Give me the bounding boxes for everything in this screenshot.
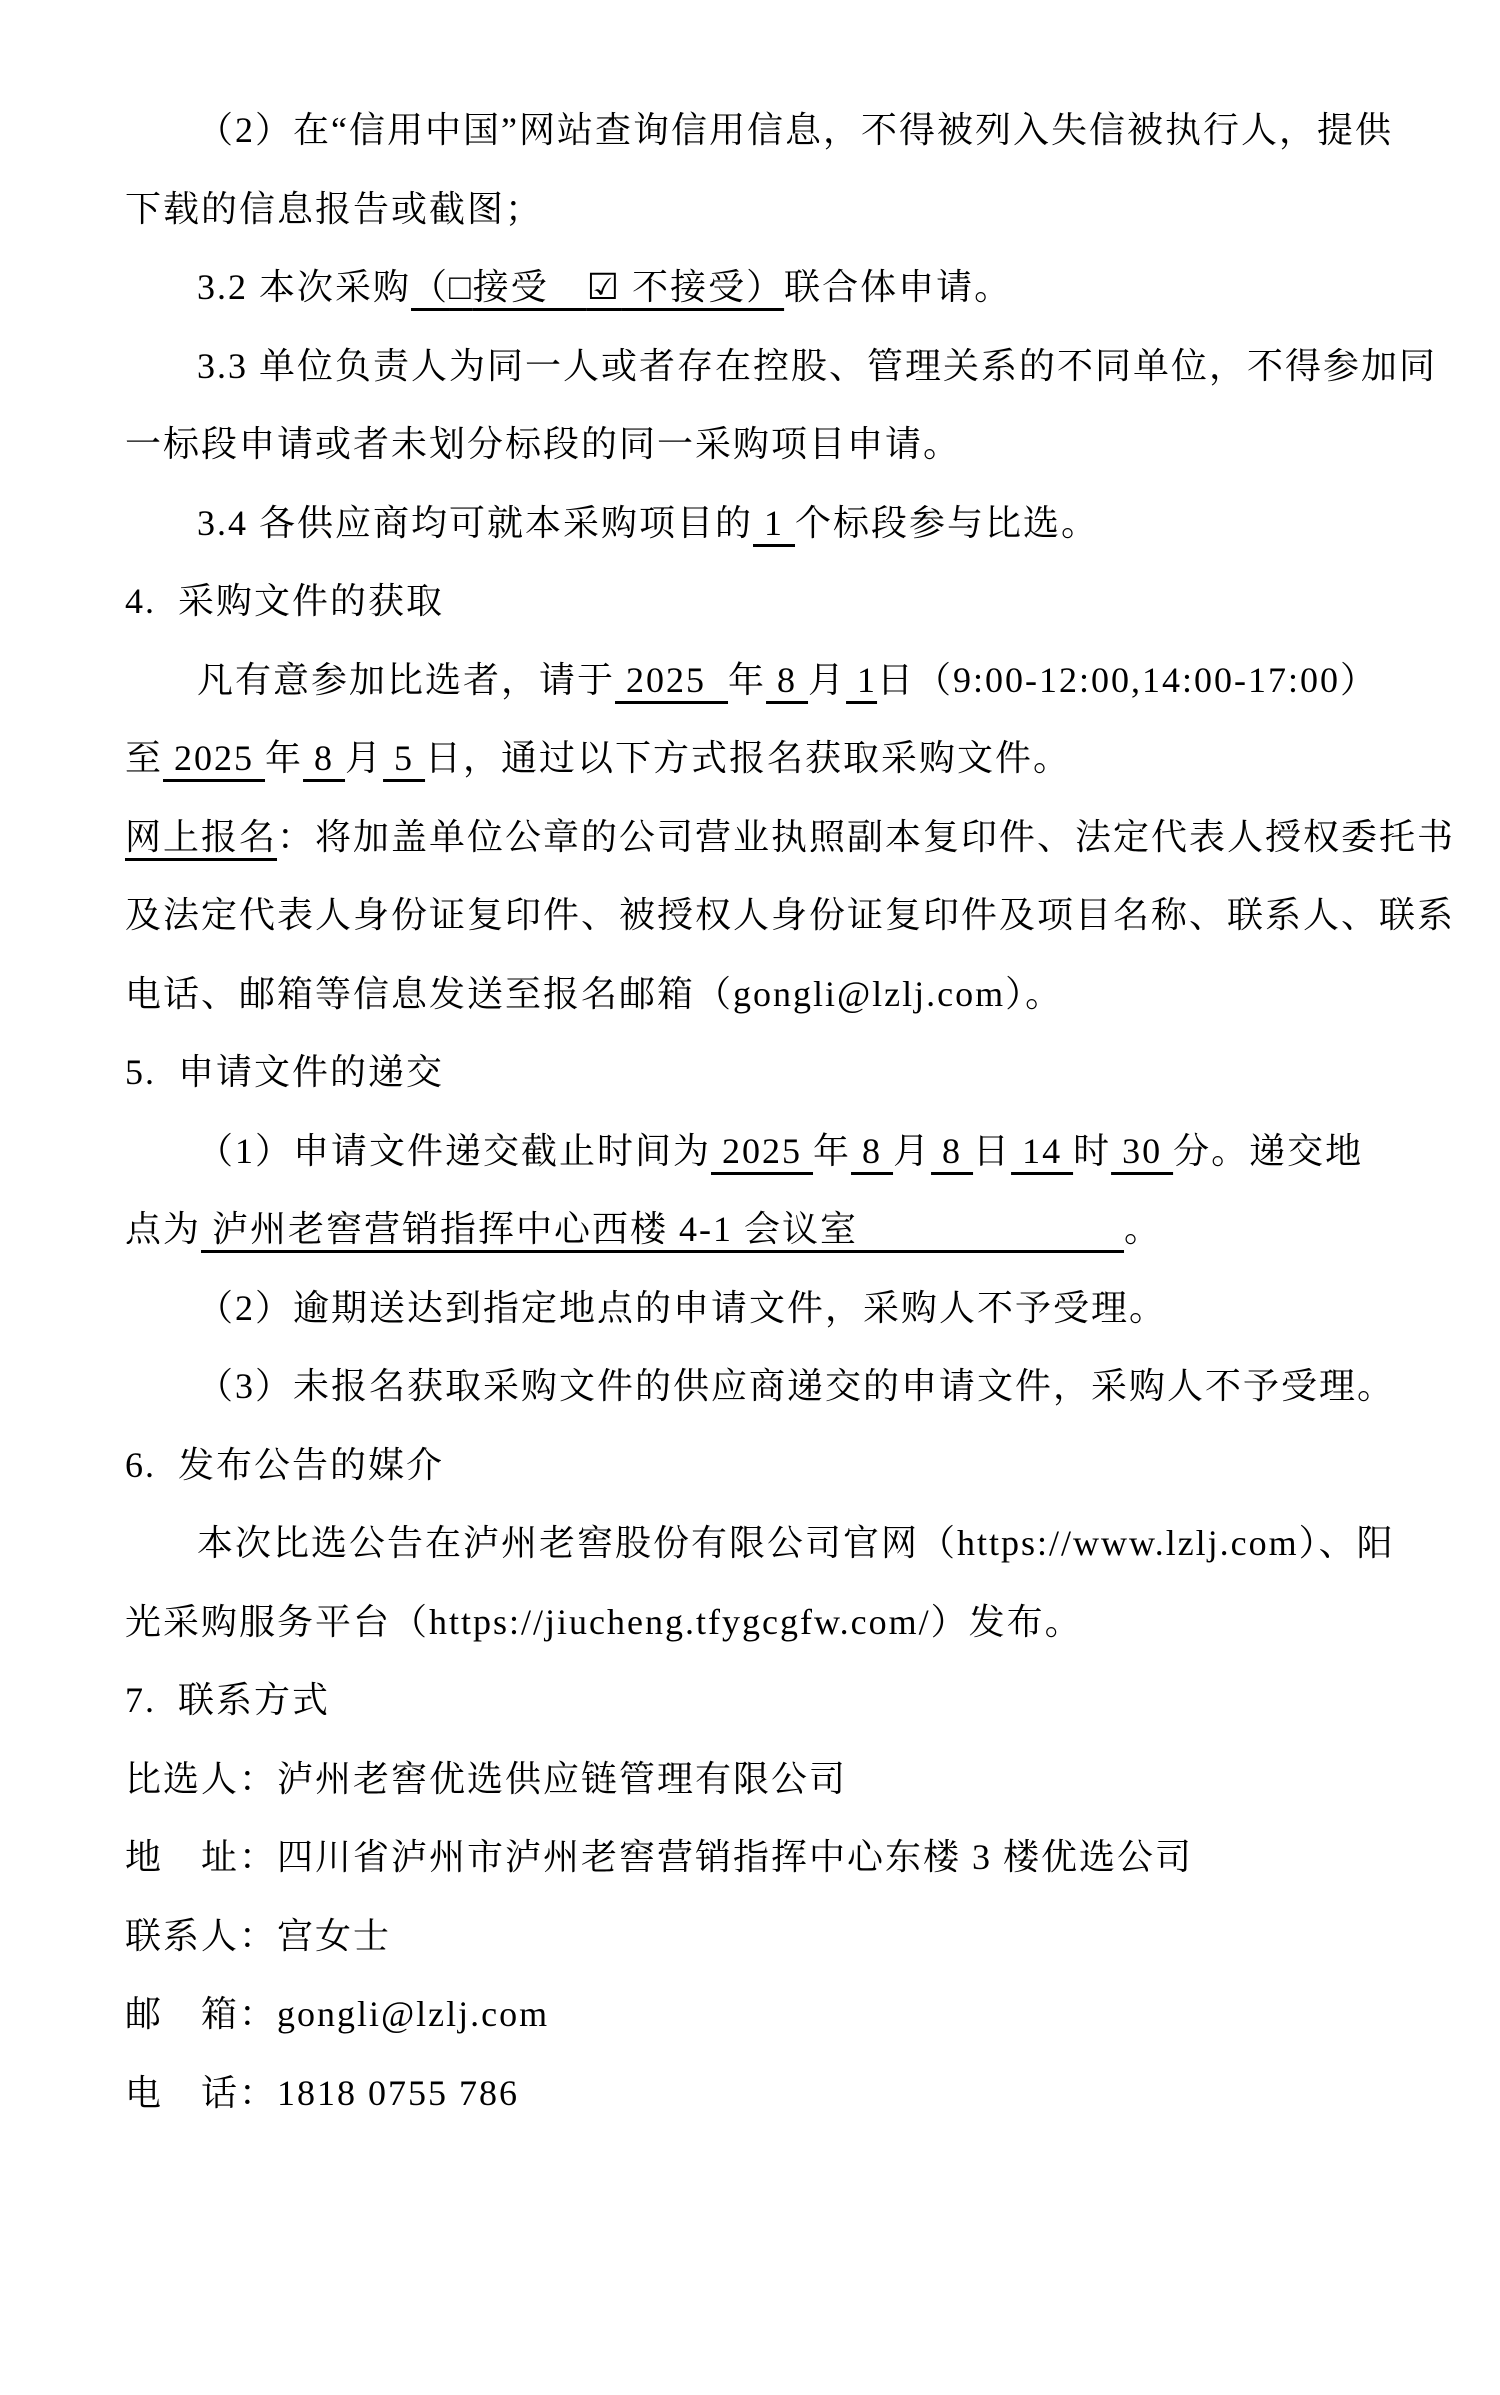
text-segment: 7. 联系方式 (125, 1680, 330, 1720)
document-page: （2）在“信用中国”网站查询信用信息，不得被列入失信被执行人，提供下载的信息报告… (0, 0, 1500, 2395)
text-segment: 月 (893, 1131, 931, 1171)
clause-3-4: 3.4 各供应商均可就本采购项目的 1 个标段参与比选。 (125, 484, 1420, 563)
text-segment: 日，通过以下方式报名获取采购文件。 (425, 738, 1071, 778)
text-segment: （2）逾期送达到指定地点的申请文件，采购人不予受理。 (197, 1288, 1167, 1328)
text-segment: （ (411, 267, 449, 307)
online-signup-line-2: 及法定代表人身份证复印件、被授权人身份证复印件及项目名称、联系人、联系 (125, 876, 1420, 955)
section-heading-4: 4. 采购文件的获取 (125, 562, 1420, 641)
text-segment: 点为 (125, 1209, 201, 1249)
text-segment: 联系人：宫女士 (125, 1916, 391, 1956)
text-segment: 下载的信息报告或截图； (125, 189, 543, 229)
text-segment: 年 (813, 1131, 851, 1171)
contact-email: 邮 箱：gongli@lzlj.com (125, 1975, 1420, 2054)
contact-phone: 电 话：1818 0755 786 (125, 2054, 1420, 2133)
text-segment: 日（9:00-12:00,14:00-17:00） (877, 660, 1378, 700)
text-segment: 一标段申请或者未划分标段的同一采购项目申请。 (125, 424, 961, 464)
text-segment: 5 (383, 738, 425, 778)
contact-address: 地 址：四川省泸州市泸州老窖营销指挥中心东楼 3 楼优选公司 (125, 1818, 1420, 1897)
text-segment: 4. 采购文件的获取 (125, 581, 444, 621)
online-signup-line-1: 网上报名：将加盖单位公章的公司营业执照副本复印件、法定代表人授权委托书 (125, 798, 1420, 877)
clause-3-3-line-1: 3.3 单位负责人为同一人或者存在控股、管理关系的不同单位，不得参加同 (125, 327, 1420, 406)
text-segment: 至 (125, 738, 163, 778)
text-segment: 30 (1111, 1131, 1173, 1171)
text-segment: 8 (851, 1131, 893, 1171)
text-segment: 8 (931, 1131, 973, 1171)
url-text: https://www.lzlj.com (957, 1523, 1299, 1563)
text-segment: ）发布。 (931, 1602, 1083, 1642)
text-segment: 及法定代表人身份证复印件、被授权人身份证复印件及项目名称、联系人、联系 (125, 895, 1455, 935)
text-segment: 个标段参与比选。 (795, 503, 1099, 543)
clause-4-line-2: 至 2025 年 8 月 5 日，通过以下方式报名获取采购文件。 (125, 719, 1420, 798)
text-segment: 6. 发布公告的媒介 (125, 1445, 444, 1485)
text-segment: 地 址：四川省泸州市泸州老窖营销指挥中心东楼 3 楼优选公司 (125, 1837, 1193, 1877)
text-segment: 联合体申请。 (784, 267, 1012, 307)
email-text: gongli@lzlj.com (733, 974, 1005, 1014)
text-segment: 年 (728, 660, 766, 700)
clause-3-2: 3.2 本次采购（□接受 ☑ 不接受）联合体申请。 (125, 248, 1420, 327)
text-segment: 电话、邮箱等信息发送至报名邮箱（ (125, 974, 733, 1014)
url-text: https://jiucheng.tfygcgfw.com/ (429, 1602, 931, 1642)
text-segment: 不接受） (621, 267, 784, 307)
text-segment: 1 (753, 503, 795, 543)
text-segment: 时 (1073, 1131, 1111, 1171)
text-segment: 2025 (615, 660, 728, 700)
text-segment: 。 (1124, 1209, 1162, 1249)
clause-5-2: （2）逾期送达到指定地点的申请文件，采购人不予受理。 (125, 1269, 1420, 1348)
text-segment: （3）未报名获取采购文件的供应商递交的申请文件，采购人不予受理。 (197, 1366, 1395, 1406)
clause-3-3-line-2: 一标段申请或者未划分标段的同一采购项目申请。 (125, 405, 1420, 484)
text-segment: 分。递交地 (1173, 1131, 1363, 1171)
text-segment: 凡有意参加比选者，请于 (197, 660, 615, 700)
text-segment: （2）在“信用中国”网站查询信用信息，不得被列入失信被执行人，提供 (197, 110, 1393, 150)
clause-3-1-2-line-2: 下载的信息报告或截图； (125, 170, 1420, 249)
text-segment: 日 (973, 1131, 1011, 1171)
text-segment: 8 (766, 660, 808, 700)
section-heading-7: 7. 联系方式 (125, 1661, 1420, 1740)
text-segment: 2025 (711, 1131, 813, 1171)
text-segment: 电 话：1818 0755 786 (125, 2073, 519, 2113)
text-segment: 光采购服务平台（ (125, 1602, 429, 1642)
checkbox-unchecked-icon: □ (449, 267, 473, 307)
section-heading-6: 6. 发布公告的媒介 (125, 1426, 1420, 1505)
text-segment: 14 (1011, 1131, 1073, 1171)
text-segment: 月 (345, 738, 383, 778)
text-segment: （1）申请文件递交截止时间为 (197, 1131, 711, 1171)
email-text: gongli@lzlj.com (277, 1994, 549, 2034)
clause-5-3: （3）未报名获取采购文件的供应商递交的申请文件，采购人不予受理。 (125, 1347, 1420, 1426)
text-segment: 3.2 本次采购 (197, 267, 411, 307)
text-segment: 1 (846, 660, 877, 700)
text-segment: 3.3 单位负责人为同一人或者存在控股、管理关系的不同单位，不得参加同 (197, 346, 1437, 386)
text-segment: 5. 申请文件的递交 (125, 1052, 444, 1092)
text-segment: 2025 (163, 738, 265, 778)
text-segment: 月 (808, 660, 846, 700)
clause-5-1-line-1: （1）申请文件递交截止时间为 2025 年 8 月 8 日 14 时 30 分。… (125, 1112, 1420, 1191)
text-segment: 邮 箱： (125, 1994, 277, 2034)
text-segment: 比选人：泸州老窖优选供应链管理有限公司 (125, 1759, 847, 1799)
text-segment: ）。 (1005, 974, 1063, 1014)
section-heading-5: 5. 申请文件的递交 (125, 1033, 1420, 1112)
text-segment: 本次比选公告在泸州老窖股份有限公司官网（ (197, 1523, 957, 1563)
text-segment: ）、阳 (1299, 1523, 1395, 1563)
document-body: （2）在“信用中国”网站查询信用信息，不得被列入失信被执行人，提供下载的信息报告… (125, 91, 1420, 2132)
online-signup-line-3: 电话、邮箱等信息发送至报名邮箱（gongli@lzlj.com）。 (125, 955, 1420, 1034)
text-segment: 接受 (473, 267, 587, 307)
text-segment: 8 (303, 738, 345, 778)
text-segment: 年 (265, 738, 303, 778)
contact-person: 联系人：宫女士 (125, 1897, 1420, 1976)
contact-organizer: 比选人：泸州老窖优选供应链管理有限公司 (125, 1740, 1420, 1819)
clause-3-1-2-line-1: （2）在“信用中国”网站查询信用信息，不得被列入失信被执行人，提供 (125, 91, 1420, 170)
clause-6-line-1: 本次比选公告在泸州老窖股份有限公司官网（https://www.lzlj.com… (125, 1504, 1420, 1583)
text-segment: ：将加盖单位公章的公司营业执照副本复印件、法定代表人授权委托书 (277, 817, 1455, 857)
clause-4-line-1: 凡有意参加比选者，请于 2025 年 8 月 1日（9:00-12:00,14:… (125, 641, 1420, 720)
text-segment: 网上报名 (125, 817, 277, 857)
text-segment: 3.4 各供应商均可就本采购项目的 (197, 503, 753, 543)
clause-5-1-line-2: 点为 泸州老窖营销指挥中心西楼 4-1 会议室 。 (125, 1190, 1420, 1269)
checkbox-checked-icon: ☑ (587, 267, 621, 307)
clause-6-line-2: 光采购服务平台（https://jiucheng.tfygcgfw.com/）发… (125, 1583, 1420, 1662)
text-segment: 泸州老窖营销指挥中心西楼 4-1 会议室 (201, 1209, 1124, 1249)
